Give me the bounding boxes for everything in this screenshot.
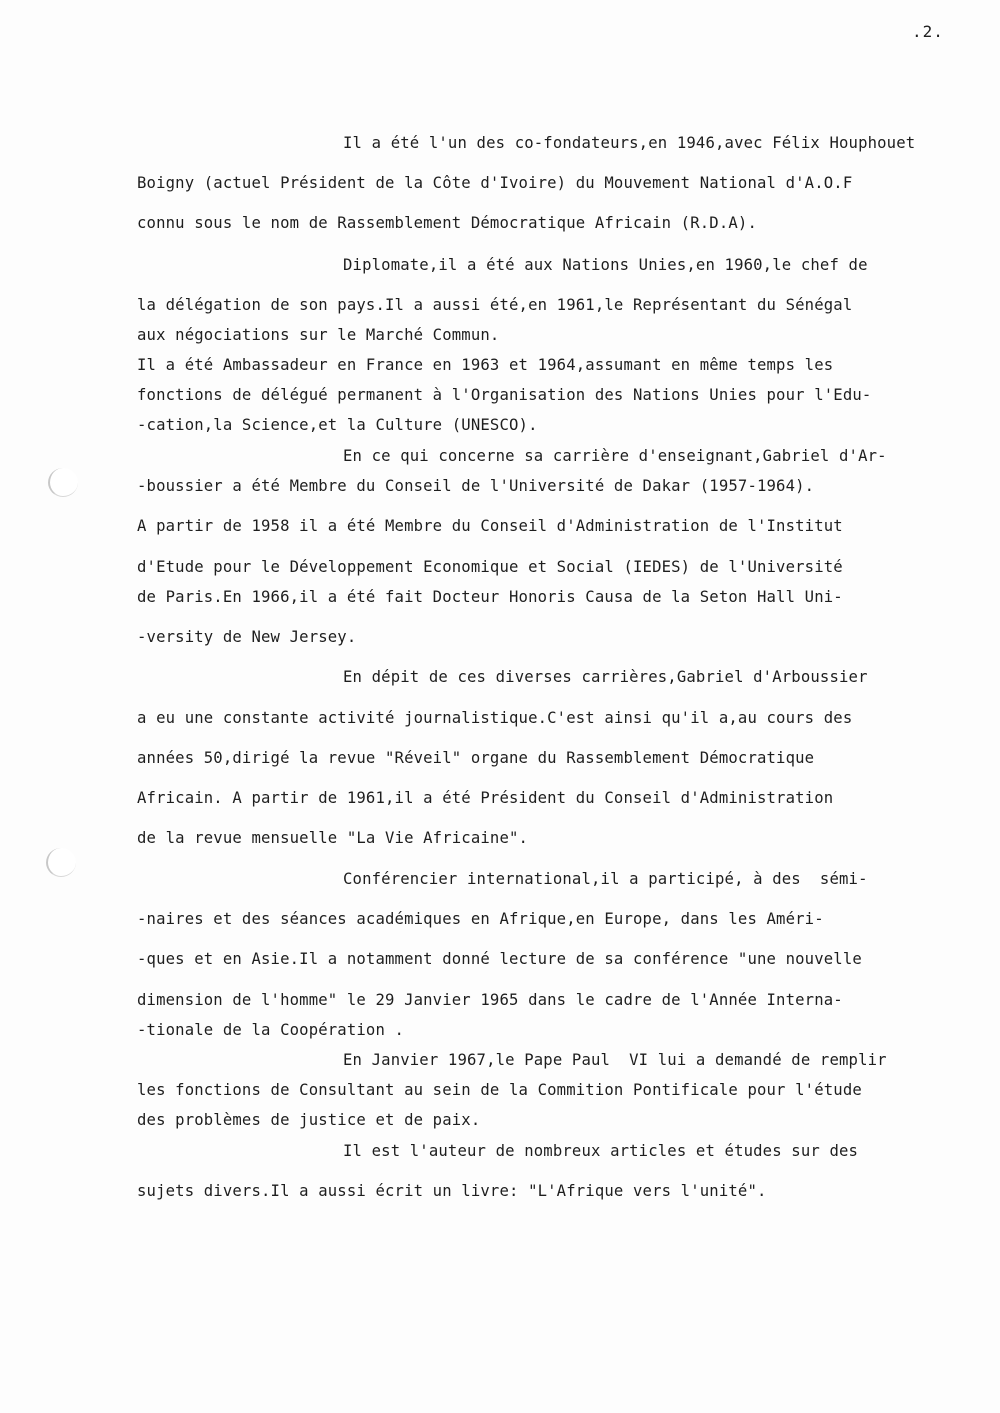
text-line: -naires et des séances académiques en Af… — [137, 909, 824, 929]
text-line: Conférencier international,il a particip… — [343, 869, 868, 889]
text-line: les fonctions de Consultant au sein de l… — [137, 1080, 862, 1100]
text-line: Diplomate,il a été aux Nations Unies,en … — [343, 255, 868, 275]
text-line: -cation,la Science,et la Culture (UNESCO… — [137, 415, 538, 435]
text-line: -boussier a été Membre du Conseil de l'U… — [137, 476, 814, 496]
text-line: de la revue mensuelle "La Vie Africaine"… — [137, 828, 528, 848]
text-line: Il est l'auteur de nombreux articles et … — [343, 1141, 858, 1161]
text-line: connu sous le nom de Rassemblement Démoc… — [137, 213, 757, 233]
text-line: Il a été l'un des co-fondateurs,en 1946,… — [343, 133, 915, 153]
text-line: fonctions de délégué permanent à l'Organ… — [137, 385, 871, 405]
text-line: Africain. A partir de 1961,il a été Prés… — [137, 788, 833, 808]
text-line: A partir de 1958 il a été Membre du Cons… — [137, 516, 843, 536]
text-line: -ques et en Asie.Il a notamment donné le… — [137, 949, 862, 969]
text-line: a eu une constante activité journalistiq… — [137, 708, 852, 728]
document-page: .2. Il a été l'un des co-fondateurs,en 1… — [0, 0, 1000, 1413]
text-line: En Janvier 1967,le Pape Paul VI lui a de… — [343, 1050, 887, 1070]
text-line: de Paris.En 1966,il a été fait Docteur H… — [137, 587, 843, 607]
text-line: Il a été Ambassadeur en France en 1963 e… — [137, 355, 833, 375]
text-line: En dépit de ces diverses carrières,Gabri… — [343, 667, 868, 687]
text-line: des problèmes de justice et de paix. — [137, 1110, 480, 1130]
text-line: -versity de New Jersey. — [137, 627, 356, 647]
page-number: .2. — [912, 22, 944, 41]
text-line: d'Etude pour le Développement Economique… — [137, 557, 843, 577]
text-line: aux négociations sur le Marché Commun. — [137, 325, 499, 345]
text-line: la délégation de son pays.Il a aussi été… — [137, 295, 852, 315]
text-line: dimension de l'homme" le 29 Janvier 1965… — [137, 990, 843, 1010]
text-line: années 50,dirigé la revue "Réveil" organ… — [137, 748, 814, 768]
punch-hole-mark — [46, 848, 76, 877]
text-line: En ce qui concerne sa carrière d'enseign… — [343, 446, 887, 466]
punch-hole-mark — [48, 468, 78, 497]
text-line: Boigny (actuel Président de la Côte d'Iv… — [137, 173, 852, 193]
text-line: sujets divers.Il a aussi écrit un livre:… — [137, 1181, 767, 1201]
text-line: -tionale de la Coopération . — [137, 1020, 404, 1040]
